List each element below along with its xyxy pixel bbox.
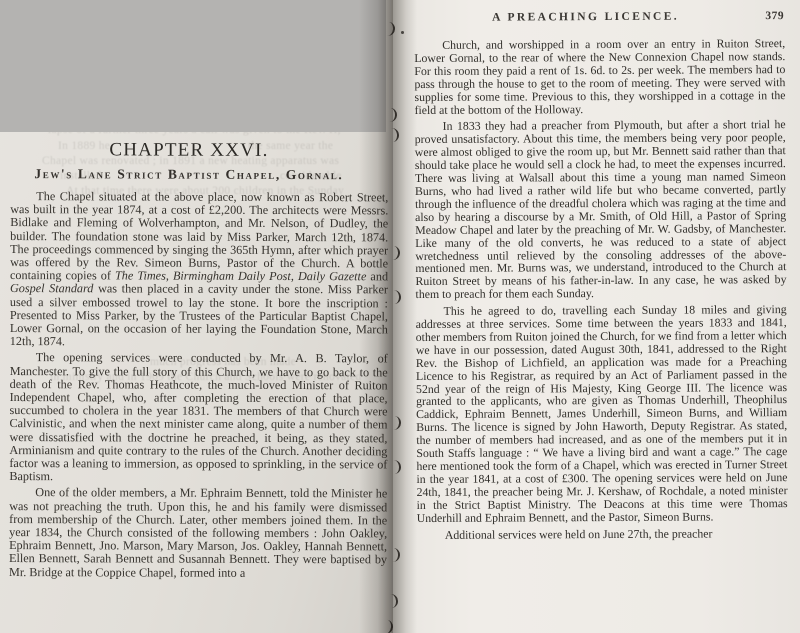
running-header: A PREACHING LICENCE. — [417, 10, 754, 24]
body-text: Additional services were held on June 27… — [445, 526, 713, 541]
body-text: This he agreed to do, travelling each Su… — [416, 302, 788, 524]
body-text: Church, and worshipped in a room over an… — [414, 36, 785, 116]
book-scan: lapse of a further three years a call wa… — [0, 0, 800, 633]
paragraph: In 1833 they had a preacher from Plymout… — [415, 119, 787, 302]
body-text: The opening services were conducted by M… — [9, 351, 387, 484]
italic-text: Gospel Standard — [10, 281, 93, 295]
page-number: 379 — [765, 10, 784, 22]
paragraph: This he agreed to do, travelling each Su… — [416, 303, 788, 524]
running-header-row: A PREACHING LICENCE. 379 — [417, 10, 784, 27]
paragraph: The Chapel situated at the above place, … — [10, 190, 389, 350]
left-page: lapse of a further three years a call wa… — [0, 0, 393, 633]
body-text: , — [291, 269, 298, 283]
right-page-text: Church, and worshipped in a room over an… — [393, 37, 800, 542]
paragraph: The opening services were conducted by M… — [9, 351, 387, 484]
chapter-heading: CHAPTER XXVI. — [0, 139, 379, 161]
body-text: , — [166, 269, 173, 283]
italic-text: The Times — [115, 269, 166, 283]
paragraph: Additional services were held on June 27… — [417, 527, 788, 542]
paragraph: Church, and worshipped in a room over an… — [414, 37, 785, 116]
right-page-content: A PREACHING LICENCE. 379 Church, and wor… — [393, 0, 800, 633]
body-text: One of the older members, a Mr. Ephraim … — [9, 486, 387, 580]
redaction-box — [0, 0, 386, 132]
right-page: A PREACHING LICENCE. 379 Church, and wor… — [393, 0, 800, 633]
body-text: and — [366, 269, 388, 283]
left-page-text: The Chapel situated at the above place, … — [0, 190, 392, 580]
italic-text: Birmingham Daily Post — [173, 269, 291, 283]
body-text: In 1833 they had a preacher from Plymout… — [415, 118, 787, 302]
italic-text: Daily Gazette — [298, 269, 366, 283]
paragraph: One of the older members, a Mr. Ephraim … — [9, 487, 387, 581]
chapter-subheading: Jew's Lane Strict Baptist Chapel, Gornal… — [0, 166, 378, 182]
